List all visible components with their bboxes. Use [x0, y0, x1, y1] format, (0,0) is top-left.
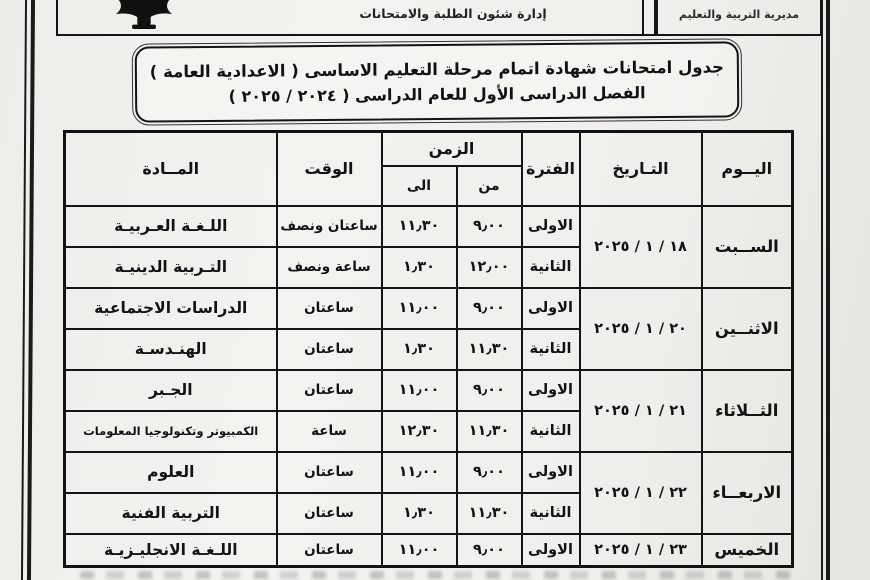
page-border-right-thick	[826, 0, 830, 580]
time-from-cell: ١١٫٣٠	[457, 411, 522, 452]
exam-row: الاربعــاء٢٢ / ١ / ٢٠٢٥الاولى٩٫٠٠١١٫٠٠سا…	[65, 452, 793, 493]
duration-cell: ساعتان	[277, 493, 382, 534]
schedule-title-line1: جدول امتحانات شهادة اتمام مرحلة التعليم …	[137, 57, 737, 81]
period-cell: الثانية	[522, 493, 580, 534]
column-header-to: الى	[382, 166, 457, 206]
subject-cell: الجـبر	[65, 370, 277, 411]
subject-cell: التـربية الدينيـة	[65, 247, 277, 288]
duration-cell: ساعتان	[277, 452, 382, 493]
exam-table-body: الســبت١٨ / ١ / ٢٠٢٥الاولى٩٫٠٠١١٫٣٠ساعتا…	[65, 206, 793, 567]
date-cell: ١٨ / ١ / ٢٠٢٥	[580, 206, 702, 288]
time-from-cell: ٩٫٠٠	[457, 370, 522, 411]
time-to-cell: ١١٫٠٠	[382, 452, 457, 493]
time-from-cell: ٩٫٠٠	[457, 452, 522, 493]
duration-cell: ساعتان ونصف	[277, 206, 382, 247]
column-header-from: من	[457, 166, 522, 206]
column-header-day: اليــوم	[702, 132, 793, 206]
column-header-time: الزمن	[382, 132, 522, 166]
exam-schedule-table: اليــوم التـاريخ الفترة الزمن الوقت المـ…	[63, 130, 794, 568]
schedule-title-line2: الفصل الدراسى الأول للعام الدراسى ( ٢٠٢٤…	[137, 82, 737, 106]
subject-cell: الدراسات الاجتماعية	[65, 288, 277, 329]
period-cell: الاولى	[522, 370, 580, 411]
date-cell: ٢٣ / ١ / ٢٠٢٥	[580, 534, 702, 567]
time-from-cell: ١١٫٣٠	[457, 329, 522, 370]
time-to-cell: ١٫٣٠	[382, 247, 457, 288]
time-to-cell: ١١٫٠٠	[382, 370, 457, 411]
day-cell: الخميس	[702, 534, 793, 567]
time-to-cell: ١٢٫٣٠	[382, 411, 457, 452]
scanned-exam-schedule-page: إدارة شئون الطلبة والامتحانات مديرية الت…	[0, 0, 870, 580]
exam-row: الاثنــين٢٠ / ١ / ٢٠٢٥الاولى٩٫٠٠١١٫٠٠ساع…	[65, 288, 793, 329]
period-cell: الاولى	[522, 288, 580, 329]
day-cell: الاربعــاء	[702, 452, 793, 534]
time-from-cell: ١١٫٣٠	[457, 493, 522, 534]
date-cell: ٢١ / ١ / ٢٠٢٥	[580, 370, 702, 452]
page-border-left-thick	[27, 0, 35, 580]
ministry-header-strip: إدارة شئون الطلبة والامتحانات مديرية الت…	[56, 0, 822, 36]
exam-row: الســبت١٨ / ١ / ٢٠٢٥الاولى٩٫٠٠١١٫٣٠ساعتا…	[65, 206, 793, 247]
period-cell: الاولى	[522, 452, 580, 493]
day-cell: الاثنــين	[702, 288, 793, 370]
time-from-cell: ٩٫٠٠	[457, 288, 522, 329]
duration-cell: ساعة ونصف	[277, 247, 382, 288]
time-from-cell: ٩٫٠٠	[457, 534, 522, 567]
period-cell: الثانية	[522, 329, 580, 370]
subject-cell: الهنـدسـة	[65, 329, 277, 370]
subject-cell: اللـغـة العـربيـة	[65, 206, 277, 247]
period-cell: الاولى	[522, 206, 580, 247]
eagle-emblem-icon	[92, 0, 196, 32]
time-to-cell: ١١٫٣٠	[382, 206, 457, 247]
page-border-right-thin	[821, 0, 823, 580]
exam-row: الثــلاثاء٢١ / ١ / ٢٠٢٥الاولى٩٫٠٠١١٫٠٠سا…	[65, 370, 793, 411]
header-divider-thin	[642, 0, 644, 34]
time-to-cell: ١٫٣٠	[382, 329, 457, 370]
schedule-title-box: جدول امتحانات شهادة اتمام مرحلة التعليم …	[135, 41, 740, 122]
date-cell: ٢٠ / ١ / ٢٠٢٥	[580, 288, 702, 370]
time-to-cell: ١١٫٠٠	[382, 534, 457, 567]
subject-cell: التربية الفنية	[65, 493, 277, 534]
date-cell: ٢٢ / ١ / ٢٠٢٥	[580, 452, 702, 534]
duration-cell: ساعتان	[277, 329, 382, 370]
duration-cell: ساعة	[277, 411, 382, 452]
column-header-period: الفترة	[522, 132, 580, 206]
faint-cutoff-text	[80, 571, 795, 579]
duration-cell: ساعتان	[277, 534, 382, 567]
time-from-cell: ١٢٫٠٠	[457, 247, 522, 288]
subject-cell: العلوم	[65, 452, 277, 493]
page-border-left-thin	[21, 0, 27, 580]
day-cell: الســبت	[702, 206, 793, 288]
time-from-cell: ٩٫٠٠	[457, 206, 522, 247]
time-to-cell: ١٫٣٠	[382, 493, 457, 534]
period-cell: الثانية	[522, 411, 580, 452]
subject-cell: الكمبيوتر وتكنولوجيا المعلومات	[65, 411, 277, 452]
time-to-cell: ١١٫٠٠	[382, 288, 457, 329]
column-header-date: التـاريخ	[580, 132, 702, 206]
duration-cell: ساعتان	[277, 370, 382, 411]
period-cell: الاولى	[522, 534, 580, 567]
column-header-duration: الوقت	[277, 132, 382, 206]
table-header-row-1: اليــوم التـاريخ الفترة الزمن الوقت المـ…	[65, 132, 793, 166]
day-cell: الثــلاثاء	[702, 370, 793, 452]
header-divider-thick	[654, 0, 658, 34]
period-cell: الثانية	[522, 247, 580, 288]
column-header-subject: المــادة	[65, 132, 277, 206]
exam-row: الخميس٢٣ / ١ / ٢٠٢٥الاولى٩٫٠٠١١٫٠٠ساعتان…	[65, 534, 793, 567]
header-directorate-text: مديرية التربية والتعليم	[664, 8, 814, 21]
duration-cell: ساعتان	[277, 288, 382, 329]
header-department-text: إدارة شئون الطلبة والامتحانات	[320, 6, 586, 21]
subject-cell: اللـغـة الانجليـزيـة	[65, 534, 277, 567]
